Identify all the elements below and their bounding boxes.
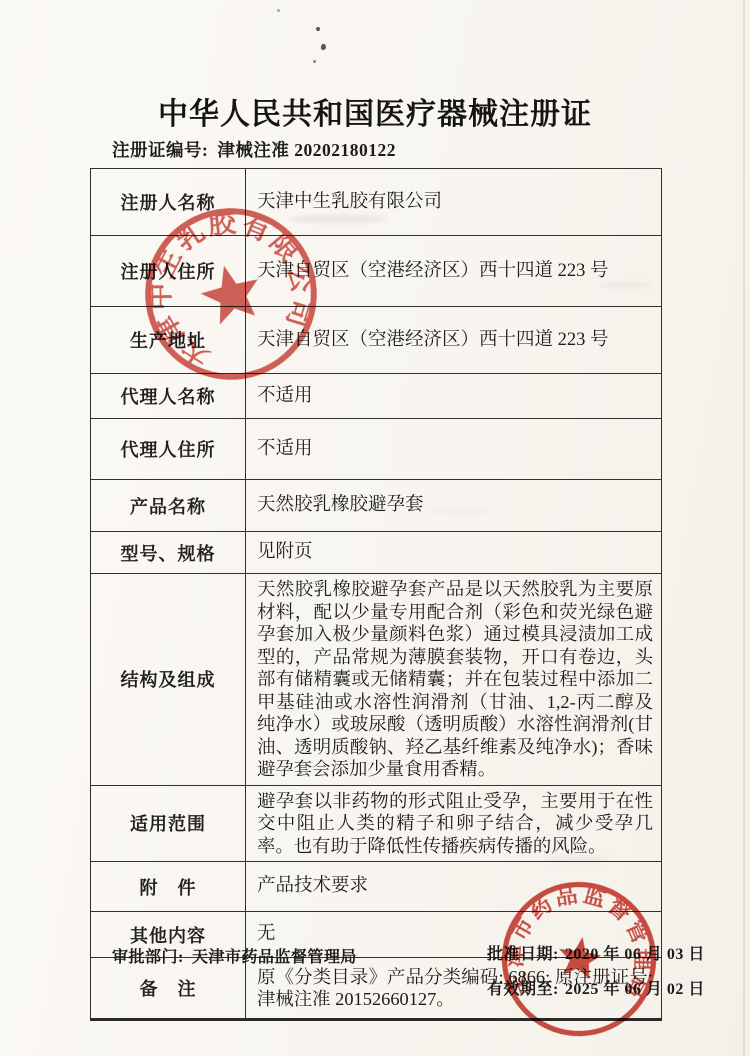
table-row: 结构及组成 天然胶乳橡胶避孕套产品是以天然胶乳为主要原材料，配以少量专用配合剂（… [91,574,662,786]
table-row: 适用范围 避孕套以非药物的形式阻止受孕，主要用于在性交中阻止人类的精子和卵子结合… [91,785,662,862]
row-label: 生产地址 [91,307,246,374]
row-label: 型号、规格 [91,532,246,574]
scan-edge-line [743,0,745,1056]
row-label: 注册人名称 [91,169,246,236]
row-label: 结构及组成 [91,574,246,786]
scan-speck [320,43,327,50]
row-value: 不适用 [246,374,662,419]
approval-date-value: 2020 年 06 月 03 日 [565,946,705,963]
certificate-table: 注册人名称 天津中生乳胶有限公司 注册人住所 天津自贸区（空港经济区）西十四道 … [90,168,662,1021]
row-value: 避孕套以非药物的形式阻止受孕，主要用于在性交中阻止人类的精子和卵子结合，减少受孕… [246,785,662,862]
row-value: 见附页 [246,532,662,574]
valid-until-value: 2025 年 06 月 02 日 [565,981,705,998]
table-row: 产品名称 天然胶乳橡胶避孕套 [91,480,662,532]
certificate-page: 中华人民共和国医疗器械注册证 注册证编号:津械注准 20202180122 注册… [0,0,750,1056]
row-label: 代理人名称 [91,374,246,419]
table-row: 代理人住所 不适用 [91,419,662,480]
scan-speck [277,9,280,12]
approval-date-label: 批准日期: [487,946,559,963]
table-row: 生产地址 天津自贸区（空港经济区）西十四道 223 号 [91,307,662,374]
scan-speck [313,60,316,63]
row-value: 天然胶乳橡胶避孕套 [246,480,662,532]
row-value: 产品技术要求 [246,862,662,912]
approval-date-line: 批准日期:2020 年 06 月 03 日 [487,941,705,964]
table-row: 注册人名称 天津中生乳胶有限公司 [91,169,662,236]
table-row: 附 件 产品技术要求 [91,862,662,912]
row-label: 代理人住所 [91,419,246,480]
row-label: 产品名称 [91,480,246,532]
row-value: 不适用 [246,419,662,480]
cert-number-value: 津械注准 20202180122 [217,140,396,160]
row-value: 天然胶乳橡胶避孕套产品是以天然胶乳为主要原材料，配以少量专用配合剂（彩色和荧光绿… [246,574,662,786]
valid-until-label: 有效期至: [487,981,559,998]
row-label: 注册人住所 [91,236,246,307]
page-title: 中华人民共和国医疗器械注册证 [0,89,750,133]
row-label: 适用范围 [91,785,246,862]
valid-until-line: 有效期至:2025 年 06 月 02 日 [487,976,705,999]
table-row: 型号、规格 见附页 [91,532,662,574]
approval-department-label: 审批部门: [112,949,184,966]
cert-number-line: 注册证编号:津械注准 20202180122 [112,137,396,162]
table-row: 注册人住所 天津自贸区（空港经济区）西十四道 223 号 [91,236,662,307]
scan-speck [316,27,320,31]
row-value: 天津中生乳胶有限公司 [246,169,662,236]
cert-number-label: 注册证编号: [112,140,208,160]
approval-department-value: 天津市药品监督管理局 [192,949,357,966]
row-label: 附 件 [91,862,246,912]
row-value: 天津自贸区（空港经济区）西十四道 223 号 [246,236,662,307]
row-value: 天津自贸区（空港经济区）西十四道 223 号 [246,307,662,374]
table-row: 代理人名称 不适用 [91,374,662,419]
approval-department-line: 审批部门:天津市药品监督管理局 [112,944,357,967]
